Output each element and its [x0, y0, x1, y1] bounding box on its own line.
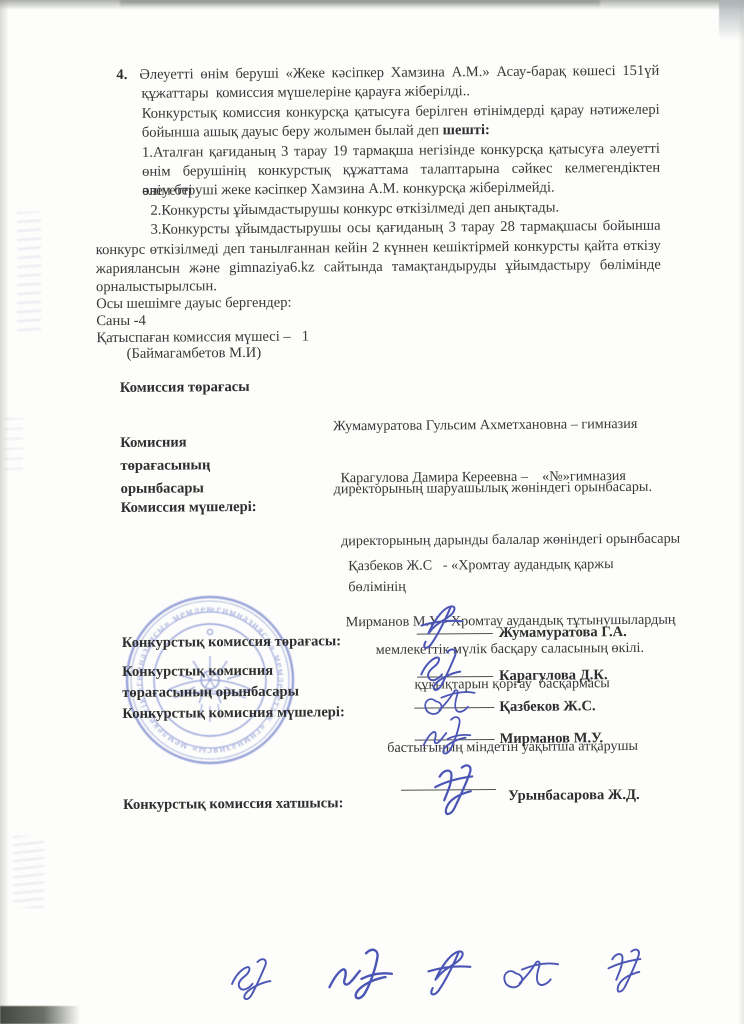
handwritten-signature — [594, 936, 659, 1009]
sig-member1-name: Қазбеков Ж.С. — [499, 698, 595, 716]
scan-edge-right — [738, 0, 744, 1024]
item-number: 4. — [116, 67, 139, 83]
sig-chairman-label: Конкурстық комиссия төрағасы: — [122, 633, 341, 652]
handwritten-signature — [480, 950, 578, 1001]
scan-edge-top-shadow — [120, 0, 600, 7]
sig-secretary-name: Урынбасарова Ж.Д. — [508, 787, 640, 805]
resolution-paragraph: 4.Әлеуетті өнім беруші «Жеке кәсіпкер Ха… — [94, 62, 661, 364]
sig-chairman-name: Жумамуратова Г.А. — [499, 624, 627, 642]
sig-member2-name: Мирманов М.У. — [500, 730, 604, 748]
scanned-document-page: «гимназиясы» мемлекеттік «гимназиясы» ме… — [0, 0, 744, 1024]
handwritten-signature — [312, 942, 410, 1007]
decision-keyword: шешті: — [443, 122, 490, 138]
absent-member-name: (Баймагамбетов М.И) — [96, 342, 661, 363]
sig-deputy-name: Карагулова Д.К. — [499, 667, 608, 685]
document-content: 4.Әлеуетті өнім беруші «Жеке кәсіпкер Ха… — [0, 0, 744, 1024]
scan-corner-bottom-left — [0, 1006, 80, 1024]
commission-deputy-label: Комисния төрағасының орынбасары — [120, 431, 210, 501]
commission-members-label: Комиссия мүшелері: — [121, 499, 257, 517]
handwritten-signature-member2 — [402, 711, 492, 760]
commission-chairman-label: Комиссия төрағасы — [120, 379, 250, 397]
sig-members-label: Конкурстық комисния мүшелері: — [122, 704, 345, 723]
sig-deputy-label: Конкурстық комисния төрағасының орынбаса… — [122, 661, 299, 704]
handwritten-signature-secretary — [419, 759, 494, 824]
handwritten-signature — [220, 953, 284, 1008]
sig-secretary-label: Конкурстық комиссия хатшысы: — [123, 795, 344, 814]
scan-edge-left — [0, 0, 9, 1024]
handwritten-signature — [414, 947, 484, 1004]
